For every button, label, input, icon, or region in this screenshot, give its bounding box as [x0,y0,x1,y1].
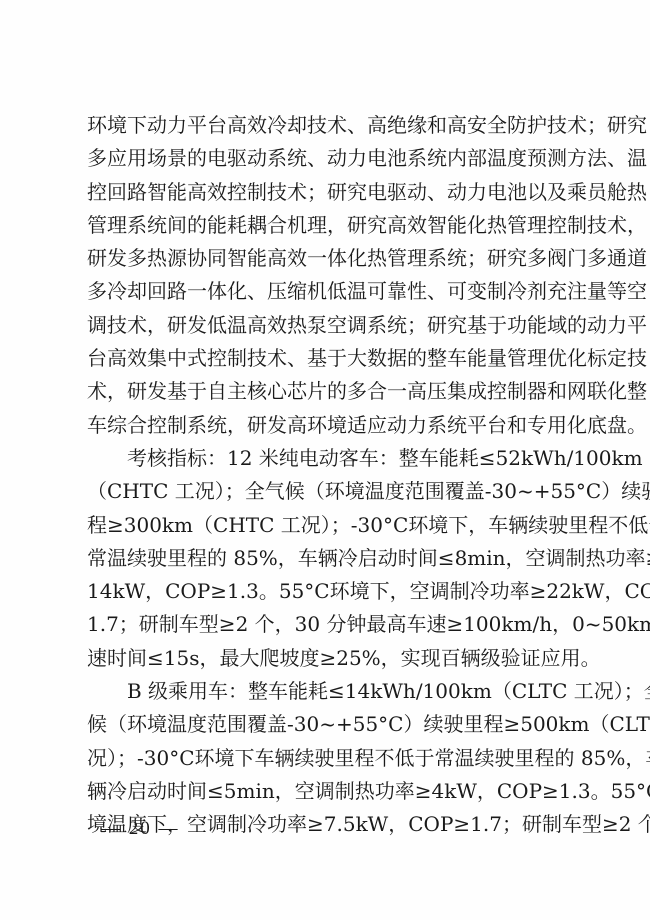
text-line: 候（环境温度范围覆盖-30~+55°C）续驶里程≥500km（CLTC 工 [87,708,563,741]
paragraph-passenger-car-indicators: B 级乘用车：整车能耗≤14kWh/100km（CLTC 工况）；全气 候（环境… [87,675,567,841]
paragraph-bus-indicators: 考核指标：12 米纯电动客车：整车能耗≤52kWh/100km （CHTC 工况… [87,442,567,675]
text-line: （CHTC 工况）；全气候（环境温度范围覆盖-30~+55°C）续驶里 [87,475,563,508]
text-line: 术，研发基于自主核心芯片的多合一高压集成控制器和网联化整 [87,375,563,408]
text-line: 研发多热源协同智能高效一体化热管理系统；研究多阀门多通道 [87,242,563,275]
text-line: 调技术，研发低温高效热泵空调系统；研究基于功能域的动力平 [87,309,563,342]
text-line: 多冷却回路一体化、压缩机低温可靠性、可变制冷剂充注量等空 [87,275,563,308]
text-line: 考核指标：12 米纯电动客车：整车能耗≤52kWh/100km [87,442,563,475]
paragraph-research-tasks: 环境下动力平台高效冷却技术、高绝缘和高安全防护技术；研究 多应用场景的电驱动系统… [87,109,567,442]
text-line: 1.7；研制车型≥2 个，30 分钟最高车速≥100km/h，0~50km/h … [87,608,563,641]
text-line: 况）；-30°C环境下车辆续驶里程不低于常温续驶里程的 85%，车 [87,742,563,775]
text-line: 控回路智能高效控制技术；研究电驱动、动力电池以及乘员舱热 [87,176,563,209]
text-line: 速时间≤15s，最大爬坡度≥25%，实现百辆级验证应用。 [87,642,563,675]
document-body: 环境下动力平台高效冷却技术、高绝缘和高安全防护技术；研究 多应用场景的电驱动系统… [87,109,567,842]
text-line: 管理系统间的能耗耦合机理，研究高效智能化热管理控制技术， [87,209,563,242]
text-line: 14kW，COP≥1.3。55°C环境下，空调制冷功率≥22kW，COP≥ [87,575,563,608]
text-line: 车综合控制系统，研发高环境适应动力系统平台和专用化底盘。 [87,409,563,442]
page-number: — 20 — [101,818,180,840]
document-page: 环境下动力平台高效冷却技术、高绝缘和高安全防护技术；研究 多应用场景的电驱动系统… [0,0,650,920]
text-line: B 级乘用车：整车能耗≤14kWh/100km（CLTC 工况）；全气 [87,675,563,708]
text-line: 台高效集中式控制技术、基于大数据的整车能量管理优化标定技 [87,342,563,375]
text-line: 常温续驶里程的 85%，车辆冷启动时间≤8min，空调制热功率≥ [87,542,563,575]
text-line: 多应用场景的电驱动系统、动力电池系统内部温度预测方法、温 [87,142,563,175]
text-line: 环境下动力平台高效冷却技术、高绝缘和高安全防护技术；研究 [87,109,563,142]
text-line: 辆冷启动时间≤5min，空调制热功率≥4kW，COP≥1.3。55°C环 [87,775,563,808]
text-line: 程≥300km（CHTC 工况）；-30°C环境下，车辆续驶里程不低于 [87,509,563,542]
